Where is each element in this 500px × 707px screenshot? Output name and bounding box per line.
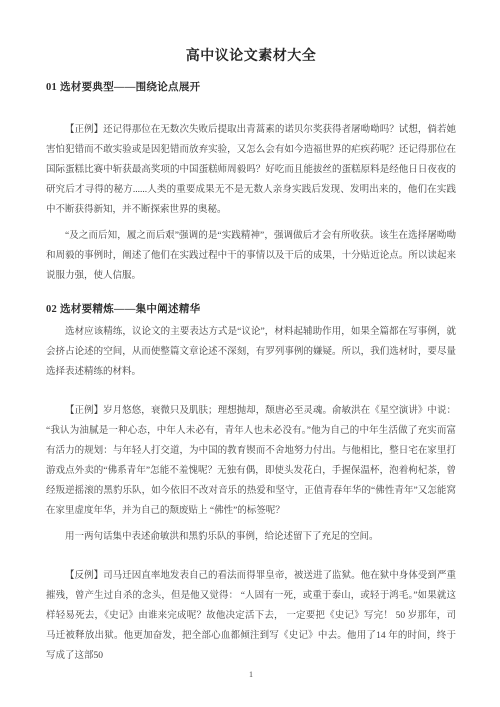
body-paragraph: “及之而后知，履之而后艰”强调的是“实践精神”，强调做后才会有所收获。该生在选择… <box>46 226 456 286</box>
section-02-heading: 02 选材要精炼——集中阐述精华 <box>46 302 456 318</box>
document-page: 高中议论文素材大全 01 选材要典型——围绕论点展开 【正例】还记得那位在无数次… <box>0 0 500 707</box>
document-title: 高中议论文素材大全 <box>46 46 456 67</box>
section-01-heading: 01 选材要典型——围绕论点展开 <box>46 80 456 96</box>
body-paragraph: 【正例】岁月悠悠，衰微只及肌肤；理想抛却，颓唐必至灵魂。俞敏洪在《星空演讲》中说… <box>46 401 456 521</box>
body-paragraph: 选材应该精练，议论文的主要表达方式是“议论”，材料起辅助作用，如果全篇都在写事例… <box>46 322 456 382</box>
section-01: 01 选材要典型——围绕论点展开 【正例】还记得那位在无数次失败后提取出青蒿素的… <box>46 80 456 286</box>
body-paragraph: 用一两句话集中表述俞敏洪和黑豹乐队的事例，给论述留下了充足的空间。 <box>46 527 456 547</box>
page-number: 1 <box>46 669 456 681</box>
section-02: 02 选材要精炼——集中阐述精华 选材应该精练，议论文的主要表达方式是“议论”，… <box>46 302 456 666</box>
body-paragraph: 【正例】还记得那位在无数次失败后提取出青蒿素的诺贝尔奖获得者屠呦呦吗？试想，倘若… <box>46 120 456 220</box>
body-paragraph: 【反例】司马迁因直率地发表自己的看法而得罪皇帝，被送进了监狱。他在狱中身体受到严… <box>46 566 456 666</box>
